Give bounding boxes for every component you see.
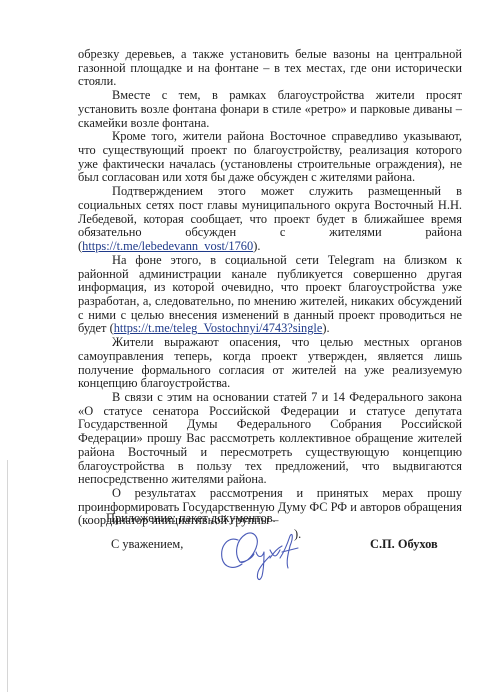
link-lebedeva-telegram[interactable]: https://t.me/lebedevann_vost/1760	[82, 239, 253, 253]
paragraph-residents-concerns: Жители выражают опасения, что целью мест…	[78, 336, 462, 391]
paragraph-text-end: ).	[253, 239, 260, 253]
regards-closing: С уважением,	[111, 537, 183, 552]
link-teleg-vostochnyi[interactable]: https://t.me/teleg_Vostochnyi/4743?singl…	[114, 321, 323, 335]
paragraph-telegram-channel: На фоне этого, в социальной сети Telegra…	[78, 254, 462, 336]
paragraph-trees-vases: обрезку деревьев, а также установить бел…	[78, 48, 462, 89]
page-edge-line	[7, 460, 8, 692]
attachment-note: Приложение: пакет документов.	[106, 511, 276, 526]
paragraph-project-not-agreed: Кроме того, жители района Восточное спра…	[78, 130, 462, 185]
paragraph-lebedeva-post: Подтверждением этого может служить разме…	[78, 185, 462, 254]
letter-body: обрезку деревьев, а также установить бел…	[78, 48, 462, 542]
handwritten-signature	[218, 528, 308, 584]
signer-name: С.П. Обухов	[370, 537, 438, 552]
paragraph-text-end: ).	[322, 321, 329, 335]
paragraph-federal-law-request: В связи с этим на основании статей 7 и 1…	[78, 391, 462, 487]
paragraph-lamps-benches: Вместе с тем, в рамках благоустройства ж…	[78, 89, 462, 130]
